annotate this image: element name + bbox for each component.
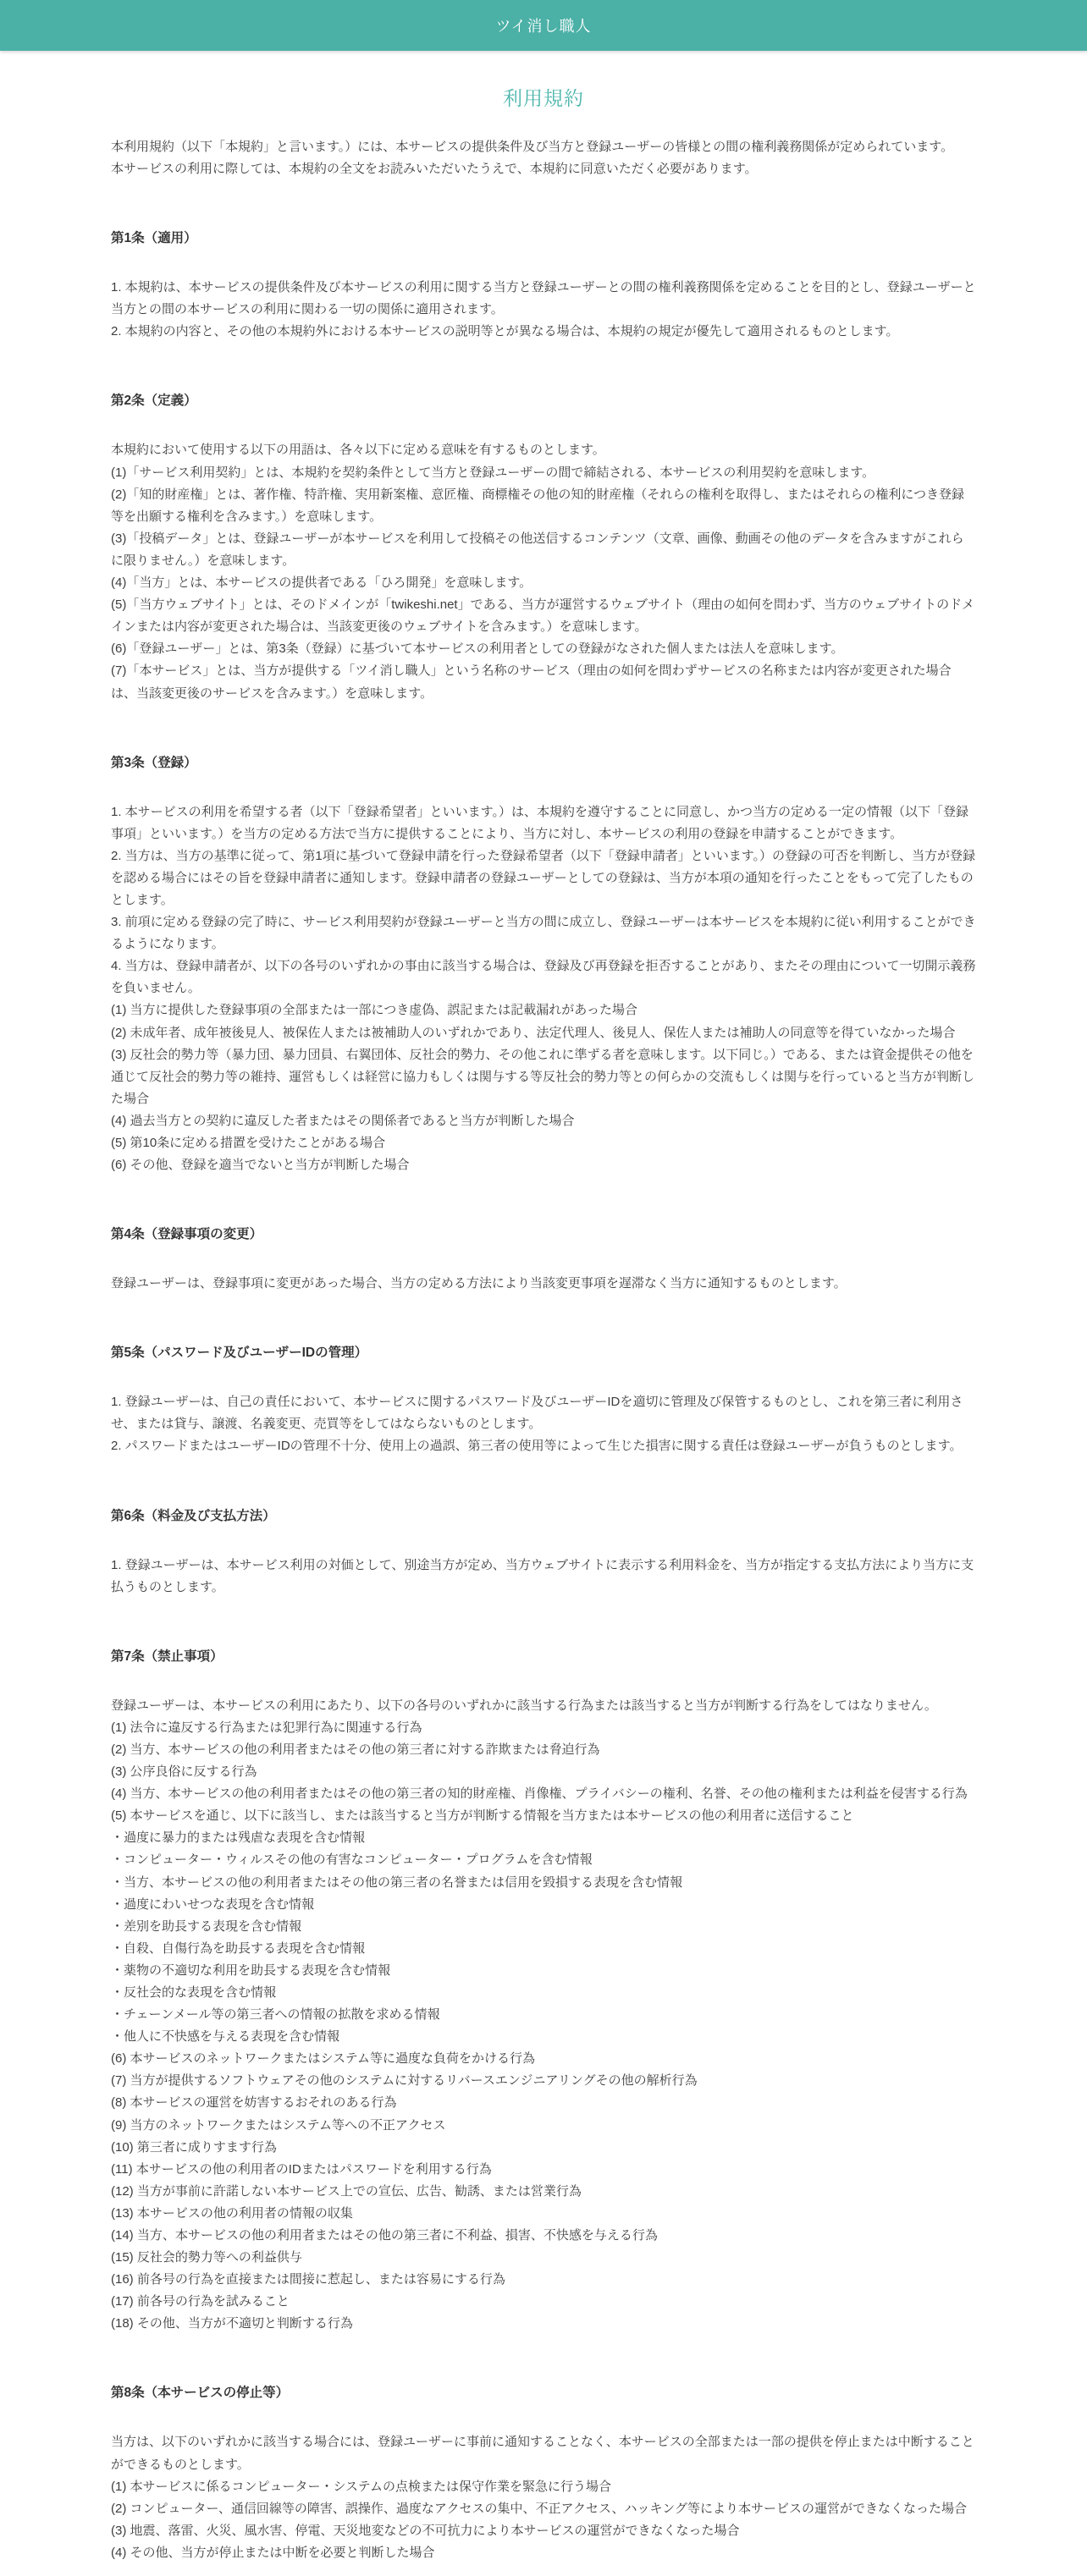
app-title: ツイ消し職人 bbox=[495, 14, 591, 36]
section-paragraph: (6)「登録ユーザー」とは、第3条（登録）に基づいて本サービスの利用者としての登… bbox=[111, 638, 976, 660]
section-paragraph: 当方は、以下のいずれかに該当する場合には、登録ユーザーに事前に通知することなく、… bbox=[111, 2431, 976, 2475]
section-heading: 第3条（登録） bbox=[111, 752, 976, 771]
section-paragraph: ・過度に暴力的または残虐な表現を含む情報 bbox=[111, 1827, 976, 1849]
section-paragraph: ・過度にわいせつな表現を含む情報 bbox=[111, 1894, 976, 1916]
terms-section: 第3条（登録）1. 本サービスの利用を希望する者（以下「登録希望者」といいます。… bbox=[111, 752, 976, 1177]
section-paragraph: 3. 前項に定める登録の完了時に、サービス利用契約が登録ユーザーと当方の間に成立… bbox=[111, 911, 976, 955]
section-paragraph: 2. パスワードまたはユーザーIDの管理不十分、使用上の過誤、第三者の使用等によ… bbox=[111, 1435, 976, 1457]
section-paragraph: ・他人に不快感を与える表現を含む情報 bbox=[111, 2026, 976, 2048]
section-paragraph: ・チェーンメール等の第三者への情報の拡散を求める情報 bbox=[111, 2004, 976, 2026]
section-paragraph: (6) 本サービスのネットワークまたはシステム等に過度な負荷をかける行為 bbox=[111, 2048, 976, 2070]
section-paragraph: (9) 当方のネットワークまたはシステム等への不正アクセス bbox=[111, 2115, 976, 2137]
section-paragraph: 本規約において使用する以下の用語は、各々以下に定める意味を有するものとします。 bbox=[111, 439, 976, 461]
section-paragraph: 4. 当方は、登録申請者が、以下の各号のいずれかの事由に該当する場合は、登録及び… bbox=[111, 955, 976, 999]
terms-section: 第6条（料金及び支払方法）1. 登録ユーザーは、本サービス利用の対価として、別途… bbox=[111, 1505, 976, 1599]
intro-paragraph: 本サービスの利用に際しては、本規約の全文をお読みいただいたうえで、本規約に同意い… bbox=[111, 158, 976, 180]
section-paragraph: (15) 反社会的勢力等への利益供与 bbox=[111, 2247, 976, 2269]
section-paragraph: (7) 当方が提供するソフトウェアその他のシステムに対するリバースエンジニアリン… bbox=[111, 2070, 976, 2092]
section-heading: 第6条（料金及び支払方法） bbox=[111, 1505, 976, 1524]
section-paragraph: (1) 法令に違反する行為または犯罪行為に関連する行為 bbox=[111, 1717, 976, 1739]
section-heading: 第4条（登録事項の変更） bbox=[111, 1224, 976, 1242]
section-paragraph: (2) 当方、本サービスの他の利用者またはその他の第三者に対する詐欺または脅迫行… bbox=[111, 1739, 976, 1761]
section-paragraph: (1)「サービス利用契約」とは、本規約を契約条件として当方と登録ユーザーの間で締… bbox=[111, 462, 976, 484]
section-paragraph: 2. 当方は、当方の基準に従って、第1項に基づいて登録申請を行った登録希望者（以… bbox=[111, 845, 976, 911]
section-paragraph: (5) 本サービスを通じ、以下に該当し、または該当すると当方が判断する情報を当方… bbox=[111, 1805, 976, 1827]
section-paragraph: (3) 地震、落雷、火災、風水害、停電、天災地変などの不可抗力により本サービスの… bbox=[111, 2520, 976, 2542]
section-paragraph: (4)「当方」とは、本サービスの提供者である「ひろ開発」を意味します。 bbox=[111, 572, 976, 594]
terms-page: 利用規約 本利用規約（以下「本規約」と言います。）には、本サービスの提供条件及び… bbox=[111, 51, 976, 2576]
terms-sections: 第1条（適用）1. 本規約は、本サービスの提供条件及び本サービスの利用に関する当… bbox=[111, 228, 976, 2564]
section-paragraph: ・薬物の不適切な利用を助長する表現を含む情報 bbox=[111, 1960, 976, 1982]
section-paragraph: (5) 第10条に定める措置を受けたことがある場合 bbox=[111, 1132, 976, 1154]
section-paragraph: (1) 本サービスに係るコンピューター・システムの点検または保守作業を緊急に行う… bbox=[111, 2476, 976, 2498]
section-heading: 第5条（パスワード及びユーザーIDの管理） bbox=[111, 1342, 976, 1361]
section-paragraph: (14) 当方、本サービスの他の利用者またはその他の第三者に不利益、損害、不快感… bbox=[111, 2225, 976, 2247]
section-paragraph: ・反社会的な表現を含む情報 bbox=[111, 1982, 976, 2004]
section-heading: 第1条（適用） bbox=[111, 228, 976, 246]
section-paragraph: ・コンピューター・ウィルスその他の有害なコンピューター・プログラムを含む情報 bbox=[111, 1849, 976, 1871]
section-paragraph: 登録ユーザーは、本サービスの利用にあたり、以下の各号のいずれかに該当する行為また… bbox=[111, 1695, 976, 1717]
section-paragraph: (17) 前各号の行為を試みること bbox=[111, 2291, 976, 2313]
section-paragraph: (4) 過去当方との契約に違反した者またはその関係者であると当方が判断した場合 bbox=[111, 1110, 976, 1132]
section-paragraph: (4) 当方、本サービスの他の利用者またはその他の第三者の知的財産権、肖像権、プ… bbox=[111, 1783, 976, 1805]
section-heading: 第7条（禁止事項） bbox=[111, 1646, 976, 1665]
terms-section: 第4条（登録事項の変更）登録ユーザーは、登録事項に変更があった場合、当方の定める… bbox=[111, 1224, 976, 1295]
section-paragraph: (8) 本サービスの運営を妨害するおそれのある行為 bbox=[111, 2092, 976, 2114]
page-title: 利用規約 bbox=[111, 83, 976, 111]
terms-section: 第8条（本サービスの停止等）当方は、以下のいずれかに該当する場合には、登録ユーザ… bbox=[111, 2382, 976, 2564]
section-paragraph: ・当方、本サービスの他の利用者またはその他の第三者の名誉または信用を毀損する表現… bbox=[111, 1872, 976, 1894]
section-paragraph: (11) 本サービスの他の利用者のIDまたはパスワードを利用する行為 bbox=[111, 2159, 976, 2181]
intro-paragraphs: 本利用規約（以下「本規約」と言います。）には、本サービスの提供条件及び当方と登録… bbox=[111, 136, 976, 180]
section-paragraph: 1. 本規約は、本サービスの提供条件及び本サービスの利用に関する当方と登録ユーザ… bbox=[111, 277, 976, 321]
section-paragraph: (7)「本サービス」とは、当方が提供する「ツイ消し職人」という名称のサービス（理… bbox=[111, 660, 976, 704]
section-paragraph: 1. 本サービスの利用を希望する者（以下「登録希望者」といいます。）は、本規約を… bbox=[111, 801, 976, 845]
section-paragraph: (2) コンピューター、通信回線等の障害、誤操作、過度なアクセスの集中、不正アク… bbox=[111, 2498, 976, 2520]
section-paragraph: (3) 公序良俗に反する行為 bbox=[111, 1761, 976, 1783]
section-heading: 第8条（本サービスの停止等） bbox=[111, 2382, 976, 2401]
section-paragraph: 2. 本規約の内容と、その他の本規約外における本サービスの説明等とが異なる場合は… bbox=[111, 321, 976, 343]
section-paragraph: (12) 当方が事前に許諾しない本サービス上での宣伝、広告、勧誘、または営業行為 bbox=[111, 2181, 976, 2203]
terms-section: 第2条（定義）本規約において使用する以下の用語は、各々以下に定める意味を有するも… bbox=[111, 390, 976, 704]
section-heading: 第2条（定義） bbox=[111, 390, 976, 409]
section-paragraph: ・自殺、自傷行為を助長する表現を含む情報 bbox=[111, 1938, 976, 1960]
terms-section: 第5条（パスワード及びユーザーIDの管理）1. 登録ユーザーは、自己の責任におい… bbox=[111, 1342, 976, 1457]
section-paragraph: (2)「知的財産権」とは、著作権、特許権、実用新案権、意匠権、商標権その他の知的… bbox=[111, 484, 976, 528]
terms-section: 第1条（適用）1. 本規約は、本サービスの提供条件及び本サービスの利用に関する当… bbox=[111, 228, 976, 343]
section-paragraph: ・差別を助長する表現を含む情報 bbox=[111, 1916, 976, 1938]
section-paragraph: 1. 登録ユーザーは、本サービス利用の対価として、別途当方が定め、当方ウェブサイ… bbox=[111, 1555, 976, 1599]
section-paragraph: (16) 前各号の行為を直接または間接に惹起し、または容易にする行為 bbox=[111, 2269, 976, 2291]
app-header: ツイ消し職人 bbox=[0, 0, 1087, 51]
intro-paragraph: 本利用規約（以下「本規約」と言います。）には、本サービスの提供条件及び当方と登録… bbox=[111, 136, 976, 158]
section-paragraph: (2) 未成年者、成年被後見人、被保佐人または被補助人のいずれかであり、法定代理… bbox=[111, 1022, 976, 1044]
section-paragraph: (3) 反社会的勢力等（暴力団、暴力団員、右翼団体、反社会的勢力、その他これに準… bbox=[111, 1044, 976, 1110]
section-paragraph: (18) その他、当方が不適切と判断する行為 bbox=[111, 2313, 976, 2335]
terms-section: 第7条（禁止事項）登録ユーザーは、本サービスの利用にあたり、以下の各号のいずれか… bbox=[111, 1646, 976, 2336]
section-paragraph: (6) その他、登録を適当でないと当方が判断した場合 bbox=[111, 1154, 976, 1176]
section-paragraph: 登録ユーザーは、登録事項に変更があった場合、当方の定める方法により当該変更事項を… bbox=[111, 1273, 976, 1295]
section-paragraph: (4) その他、当方が停止または中断を必要と判断した場合 bbox=[111, 2542, 976, 2564]
section-paragraph: (10) 第三者に成りすます行為 bbox=[111, 2137, 976, 2159]
section-paragraph: (5)「当方ウェブサイト」とは、そのドメインが「twikeshi.net」である… bbox=[111, 594, 976, 638]
section-paragraph: (13) 本サービスの他の利用者の情報の収集 bbox=[111, 2203, 976, 2225]
section-paragraph: (1) 当方に提供した登録事項の全部または一部につき虚偽、誤記または記載漏れがあ… bbox=[111, 999, 976, 1021]
section-paragraph: 1. 登録ユーザーは、自己の責任において、本サービスに関するパスワード及びユーザ… bbox=[111, 1391, 976, 1435]
section-paragraph: (3)「投稿データ」とは、登録ユーザーが本サービスを利用して投稿その他送信するコ… bbox=[111, 528, 976, 572]
